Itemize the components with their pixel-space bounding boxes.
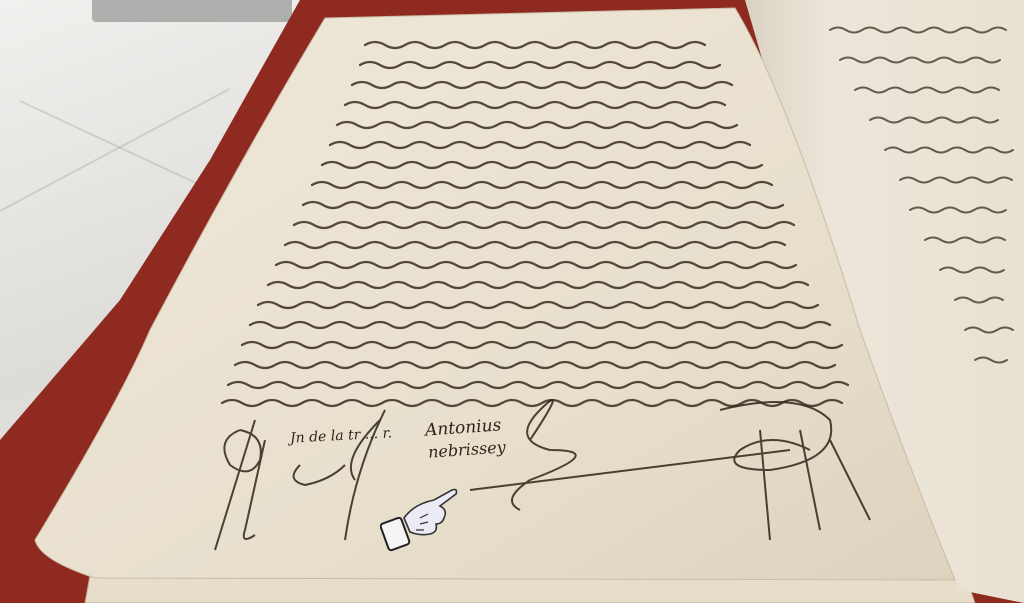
handwritten-text-block [0,0,1024,603]
pointing-hand-icon [380,478,460,554]
manuscript-photo: Jn de la tr ... r. Antonius nebrissey [0,0,1024,603]
